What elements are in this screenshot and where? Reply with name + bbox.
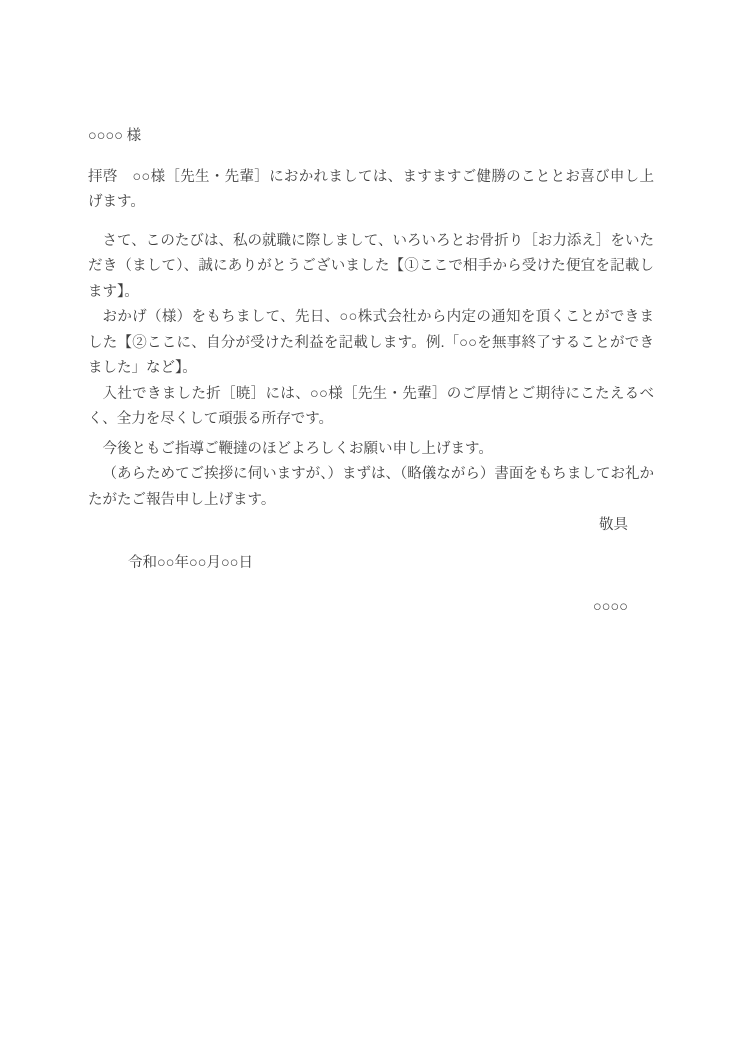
paragraph-closing-remark: （あらためてご挨拶に伺いますが、）まずは、（略儀ながら）書面をもちましてお礼かた… [88,462,654,513]
sender-signature: ○○○○ [88,595,654,621]
paragraph-body-2: おかげ（様）をもちまして、先日、○○株式会社から内定の通知を頂くことができました… [88,305,654,382]
date-line: 令和○○年○○月○○日 [88,551,654,577]
recipient-line: ○○○○ 様 [88,124,654,150]
paragraph-opening: 拝啓 ○○様［先生・先輩］におかれましては、ますますご健勝のこととお喜び申し上げ… [88,165,654,216]
paragraph-body-1: さて、このたびは、私の就職に際しまして、いろいろとお骨折り［お力添え］をいただき… [88,229,654,306]
letter-page: ○○○○ 様 拝啓 ○○様［先生・先輩］におかれましては、ますますご健勝のことと… [0,0,745,1053]
closing-salutation: 敬具 [88,513,654,539]
paragraph-closing-request: 今後ともご指導ご鞭撻のほどよろしくお願い申し上げます。 [88,437,654,463]
letter-content: ○○○○ 様 拝啓 ○○様［先生・先輩］におかれましては、ますますご健勝のことと… [88,124,654,621]
paragraph-body-3: 入社できました折［暁］には、○○様［先生・先輩］のご厚情とご期待にこたえるべく、… [88,382,654,433]
